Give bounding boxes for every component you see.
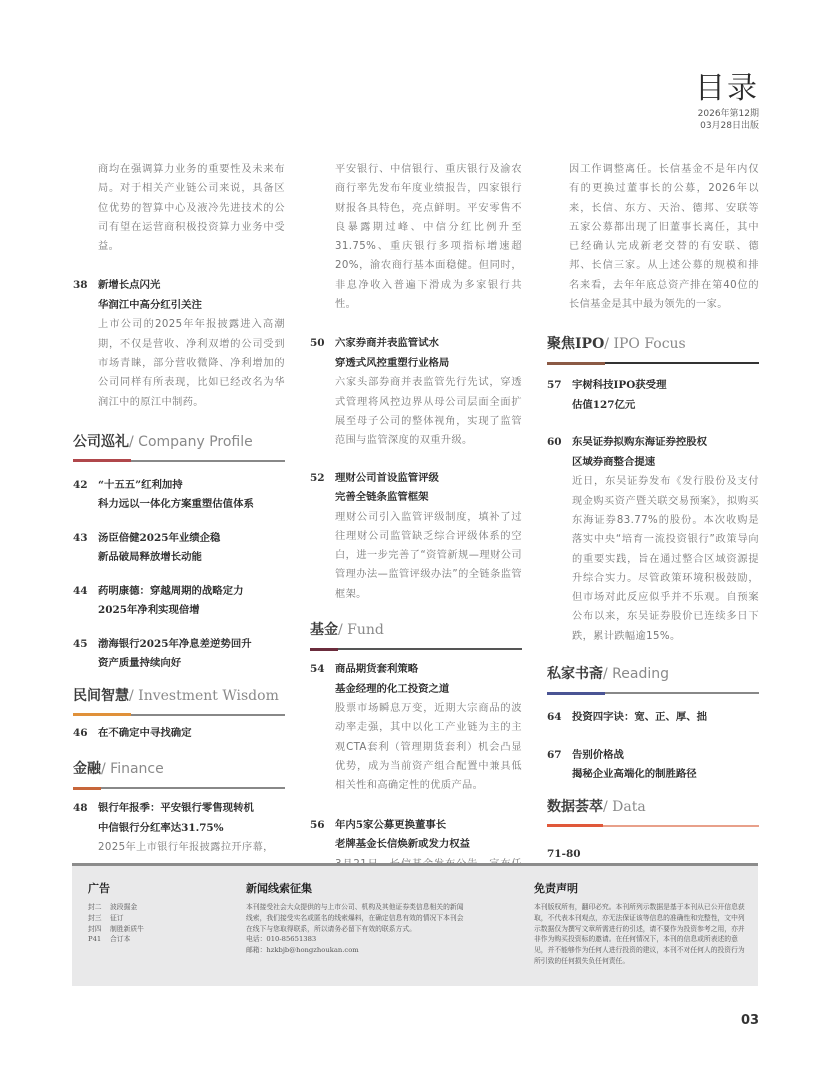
toc-entry-44[interactable]: 44 药明康德：穿越周期的战略定力 2025年净利实现倍增: [73, 582, 285, 621]
section-title-zh: 数据荟萃: [547, 799, 603, 815]
page-number: 52: [310, 469, 335, 604]
ad-name: 征订: [110, 913, 124, 924]
entry-subtitle: 中信银行分红率达31.75%: [98, 819, 285, 839]
toc-entry-45[interactable]: 45 渤海银行2025年净息差逆势回升 资产质量持续向好: [73, 635, 285, 674]
entry-title: 告别价格战: [572, 746, 759, 766]
contact-email[interactable]: 邮箱：hzkbjb@hongzhoukan.com: [246, 945, 468, 956]
page-number: 42: [73, 476, 98, 515]
news-tips-title: 新闻线索征集: [246, 880, 468, 896]
page-number: 64: [547, 708, 572, 728]
toc-entry-43[interactable]: 43 汤臣倍健2025年业绩企稳 新品破局释放增长动能: [73, 529, 285, 568]
ad-item: 封四制胜新质牛: [88, 924, 228, 935]
column-1: 商均在强调算力业务的重要性及未来布局。对于相关产业链公司来说，具备区位优势的智算…: [73, 160, 285, 858]
ad-name: 波段掘金: [110, 902, 137, 913]
section-title-en: / Reading: [603, 666, 669, 682]
footer-news-tips: 新闻线索征集 本刊接受社会大众提供的与上市公司、机构及其他证券类信息相关的新闻线…: [246, 880, 468, 956]
page-number: 44: [73, 582, 98, 621]
entry-title: 东吴证券拟购东海证券控股权: [572, 433, 759, 453]
section-divider: [547, 825, 759, 827]
section-title-zh: 金融: [73, 761, 101, 777]
entry-title: 在不确定中寻找确定: [98, 724, 285, 744]
entry-subtitle: 科力远以一体化方案重塑估值体系: [98, 495, 285, 515]
page-number-footer: 03: [741, 1013, 759, 1028]
entry-subtitle: 新品破局释放增长动能: [98, 548, 285, 568]
footer-panel: 广告 封二波段掘金 封三征订 封四制胜新质牛 P41合订本 新闻线索征集 本刊接…: [72, 863, 758, 986]
news-tips-text: 本刊接受社会大众提供的与上市公司、机构及其他证券类信息相关的新闻线索，我们接受实…: [246, 902, 468, 934]
section-title-zh: 基金: [310, 622, 338, 638]
section-ipo-focus: 聚焦IPO/ IPO Focus 57 宇树科技IPO获受理 估值127亿元 6…: [547, 334, 759, 646]
entry-title: 年内5家公募更换董事长: [335, 816, 522, 836]
column-3: 因工作调整离任。长信基金不是年内仅有的更换过董事长的公募，2026年以来，长信、…: [547, 160, 759, 864]
issue-number: 2026年第12期: [695, 108, 759, 120]
section-divider: [73, 460, 285, 462]
toc-header: 目录 2026年第12期 03月28日出版: [695, 70, 759, 132]
toc-entry-38[interactable]: 38 新增长点闪光 华润江中高分红引关注 上市公司的2025年年报披露进入高潮期…: [73, 276, 285, 411]
disclaimer-title: 免责声明: [534, 880, 746, 896]
entry-summary: 理财公司引入监管评级制度，填补了过往理财公司监管缺乏综合评级体系的空白，进一步完…: [335, 508, 522, 604]
toc-entry-60[interactable]: 60 东吴证券拟购东海证券控股权 区域券商整合提速 近日，东吴证券发布《发行股份…: [547, 433, 759, 646]
page-number: 38: [73, 276, 98, 411]
footer-ads: 广告 封二波段掘金 封三征订 封四制胜新质牛 P41合订本: [88, 880, 228, 945]
section-title-zh: 私家书斋: [547, 666, 603, 682]
entry-summary: 2025年上市银行年报披露拉开序幕，: [98, 838, 285, 857]
section-company-profile: 公司巡礼/ Company Profile 42 “十五五”红利加持 科力远以一…: [73, 432, 285, 674]
section-divider: [73, 787, 285, 789]
entry-title: “十五五”红利加持: [98, 476, 285, 496]
toc-entry-48[interactable]: 48 银行年报季：平安银行零售现转机 中信银行分红率达31.75% 2025年上…: [73, 799, 285, 857]
page-title: 目录: [695, 70, 759, 108]
section-title-en: / Investment Wisdom: [129, 688, 279, 704]
page-number: 46: [73, 724, 98, 744]
entry-title: 理财公司首设监管评级: [335, 469, 522, 489]
ad-location: P41: [88, 934, 110, 945]
toc-entry-50[interactable]: 50 六家券商并表监管试水 穿透式风控重塑行业格局 六家头部券商并表监管先行先试…: [310, 334, 522, 450]
section-title-zh: 公司巡礼: [73, 434, 129, 450]
ad-location: 封二: [88, 902, 110, 913]
entry-title: 汤臣倍健2025年业绩企稳: [98, 529, 285, 549]
page-number: 54: [310, 660, 335, 795]
ad-item: P41合订本: [88, 934, 228, 945]
section-fund: 基金/ Fund 54 商品期货套利策略 基金经理的化工投资之道 股票市场瞬息万…: [310, 620, 522, 893]
entry-subtitle: 穿透式风控重塑行业格局: [335, 354, 522, 374]
entry-title: 渤海银行2025年净息差逆势回升: [98, 635, 285, 655]
page-number: 67: [547, 746, 572, 785]
toc-entry-67[interactable]: 67 告别价格战 揭秘企业高端化的制胜路径: [547, 746, 759, 785]
page-range: 71-80: [547, 845, 581, 864]
toc-entry-42[interactable]: 42 “十五五”红利加持 科力远以一体化方案重塑估值体系: [73, 476, 285, 515]
page-number: 57: [547, 376, 572, 415]
entry-title: 投资四字诀：宽、正、厚、拙: [572, 708, 759, 728]
section-divider: [547, 362, 759, 364]
section-title-zh: 聚焦IPO: [547, 336, 604, 352]
entry-subtitle: 基金经理的化工投资之道: [335, 680, 522, 700]
entry-summary: 近日，东吴证券发布《发行股份及支付现金购买资产暨关联交易预案》，拟购买东海证券8…: [572, 472, 759, 646]
ad-location: 封三: [88, 913, 110, 924]
toc-entry-data[interactable]: 71-80: [547, 845, 759, 864]
section-divider: [310, 648, 522, 650]
page-number: 50: [310, 334, 335, 450]
section-title-en: / Fund: [338, 622, 384, 638]
ads-title: 广告: [88, 880, 228, 896]
ad-item: 封二波段掘金: [88, 902, 228, 913]
section-title-zh: 民间智慧: [73, 688, 129, 704]
toc-entry-52[interactable]: 52 理财公司首设监管评级 完善全链条监管框架 理财公司引入监管评级制度，填补了…: [310, 469, 522, 604]
section-reading: 私家书斋/ Reading 64 投资四字诀：宽、正、厚、拙 67 告别价格战 …: [547, 664, 759, 785]
ad-name: 合订本: [110, 934, 130, 945]
section-title-en: / IPO Focus: [604, 336, 685, 352]
entry-summary: 上市公司的2025年年报披露进入高潮期，不仅是营收、净利双增的公司受到市场青睐，…: [98, 315, 285, 411]
toc-entry-64[interactable]: 64 投资四字诀：宽、正、厚、拙: [547, 708, 759, 728]
entry-summary: 六家头部券商并表监管先行先试，穿透式管理将风控边界从母公司层面全面扩展至母子公司…: [335, 373, 522, 450]
column-2: 平安银行、中信银行、重庆银行及渝农商行率先发布年度业绩报告，四家银行财报各具特色…: [310, 160, 522, 893]
page-number: 43: [73, 529, 98, 568]
ad-name: 制胜新质牛: [110, 924, 144, 935]
publish-date: 03月28日出版: [695, 120, 759, 132]
section-divider: [547, 692, 759, 694]
entry-subtitle: 资产质量持续向好: [98, 654, 285, 674]
continued-summary: 平安银行、中信银行、重庆银行及渝农商行率先发布年度业绩报告，四家银行财报各具特色…: [310, 160, 522, 314]
entry-subtitle: 完善全链条监管框架: [335, 488, 522, 508]
toc-entry-57[interactable]: 57 宇树科技IPO获受理 估值127亿元: [547, 376, 759, 415]
continued-summary: 因工作调整离任。长信基金不是年内仅有的更换过董事长的公募，2026年以来，长信、…: [547, 160, 759, 314]
page-number: 60: [547, 433, 572, 646]
entry-title: 银行年报季：平安银行零售现转机: [98, 799, 285, 819]
entry-title: 药明康德：穿越周期的战略定力: [98, 582, 285, 602]
entry-subtitle: 揭秘企业高端化的制胜路径: [572, 765, 759, 785]
entry-subtitle: 区域券商整合提速: [572, 453, 759, 473]
section-divider: [73, 714, 285, 716]
section-finance: 金融/ Finance 48 银行年报季：平安银行零售现转机 中信银行分红率达3…: [73, 759, 285, 857]
section-investment-wisdom: 民间智慧/ Investment Wisdom 46 在不确定中寻找确定: [73, 686, 285, 744]
ad-item: 封三征订: [88, 913, 228, 924]
entry-subtitle: 估值127亿元: [572, 396, 759, 416]
disclaimer-text: 本刊版权所有，翻印必究。本刊所列示数据是基于本刊从已公开信息获取，不代表本刊观点…: [534, 902, 746, 967]
section-title-en: / Company Profile: [129, 434, 253, 450]
section-title-en: / Data: [603, 799, 646, 815]
entry-title: 六家券商并表监管试水: [335, 334, 522, 354]
footer-disclaimer: 免责声明 本刊版权所有，翻印必究。本刊所列示数据是基于本刊从已公开信息获取，不代…: [534, 880, 746, 967]
entry-title: 商品期货套利策略: [335, 660, 522, 680]
toc-entry-54[interactable]: 54 商品期货套利策略 基金经理的化工投资之道 股票市场瞬息万变，近期大宗商品的…: [310, 660, 522, 795]
entry-subtitle: 2025年净利实现倍增: [98, 601, 285, 621]
entry-title: 新增长点闪光: [98, 276, 285, 296]
section-title-en: / Finance: [101, 761, 164, 777]
toc-entry-46[interactable]: 46 在不确定中寻找确定: [73, 724, 285, 744]
continued-summary: 商均在强调算力业务的重要性及未来布局。对于相关产业链公司来说，具备区位优势的智算…: [73, 160, 285, 256]
page-number: 48: [73, 799, 98, 857]
contact-phone: 电话：010-85651383: [246, 934, 468, 945]
entry-subtitle: 华润江中高分红引关注: [98, 296, 285, 316]
ad-location: 封四: [88, 924, 110, 935]
entry-title: 宇树科技IPO获受理: [572, 376, 759, 396]
entry-subtitle: 老牌基金长信焕新或发力权益: [335, 835, 522, 855]
entry-summary: 股票市场瞬息万变，近期大宗商品的波动率走强，其中以化工产业链为主的主观CTA套利…: [335, 699, 522, 795]
section-data: 数据荟萃/ Data 71-80: [547, 797, 759, 864]
page-number: 45: [73, 635, 98, 674]
